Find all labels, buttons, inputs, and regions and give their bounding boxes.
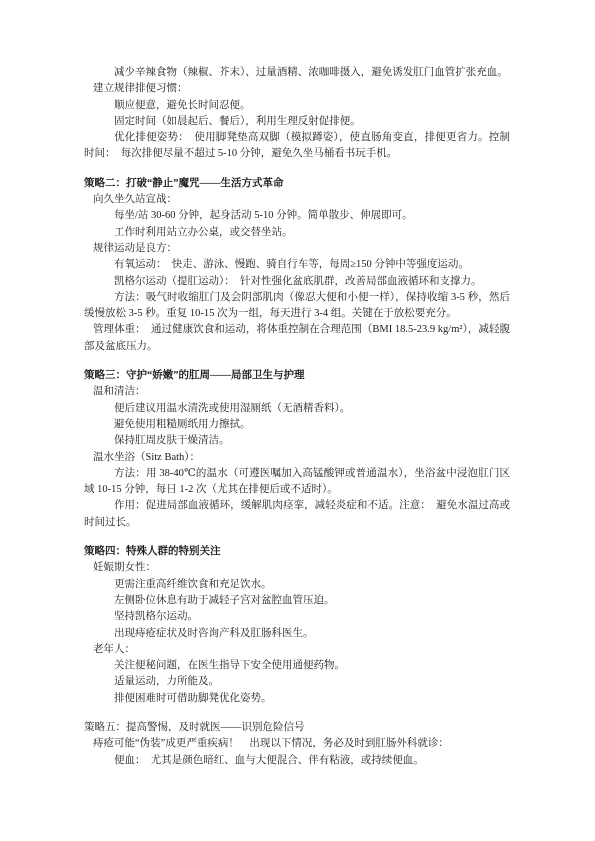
- paragraph: 排便困难时可借助脚凳优化姿势。: [84, 691, 510, 707]
- paragraph: 规律运动是良方：: [84, 241, 510, 257]
- paragraph: 避免使用粗糙厕纸用力擦拭。: [84, 417, 510, 433]
- paragraph: 固定时间（如晨起后、餐后），利用生理反射促排便。: [84, 114, 510, 130]
- strategy-section: 策略三：守护“娇嫩”的肛周——局部卫生与护理温和清洁：便后建议用温水清洗或使用湿…: [84, 368, 510, 531]
- paragraph: 更需注重高纤维饮食和充足饮水。: [84, 577, 510, 593]
- paragraph: 温水坐浴（Sitz Bath）：: [84, 450, 510, 466]
- paragraph: 方法：用 38-40℃的温水（可遵医嘱加入高锰酸钾或普通温水），坐浴盆中浸泡肛门…: [84, 466, 510, 499]
- strategy-section: 减少辛辣食物（辣椒、芥末）、过量酒精、浓咖啡摄入，避免诱发肛门血管扩张充血。建立…: [84, 65, 510, 163]
- document-page: 减少辛辣食物（辣椒、芥末）、过量酒精、浓咖啡摄入，避免诱发肛门血管扩张充血。建立…: [0, 0, 595, 841]
- paragraph: 出现痔疮症状及时咨询产科及肛肠科医生。: [84, 626, 510, 642]
- paragraph: 保持肛周皮肤干燥清洁。: [84, 433, 510, 449]
- paragraph: 每坐/站 30-60 分钟，起身活动 5-10 分钟。简单散步、伸展即可。: [84, 208, 510, 224]
- paragraph: 工作时利用站立办公桌，或交替坐站。: [84, 225, 510, 241]
- paragraph: 痔疮可能“伪装”成更严重疾病！ 出现以下情况，务必及时到肛肠外科就诊：: [84, 736, 510, 752]
- document-body: 减少辛辣食物（辣椒、芥末）、过量酒精、浓咖啡摄入，避免诱发肛门血管扩张充血。建立…: [0, 0, 595, 841]
- strategy-section: 策略二：打破“静止”魔咒——生活方式革命向久坐久站宣战：每坐/站 30-60 分…: [84, 176, 510, 355]
- paragraph: 关注便秘问题，在医生指导下安全使用通便药物。: [84, 658, 510, 674]
- paragraph: 适量运动，力所能及。: [84, 674, 510, 690]
- paragraph: 便血： 尤其是颜色暗红、血与大便混合、伴有粘液，或持续便血。: [84, 753, 510, 769]
- section-heading: 策略二：打破“静止”魔咒——生活方式革命: [84, 176, 510, 192]
- paragraph: 有氧运动： 快走、游泳、慢跑、骑自行车等，每周≥150 分钟中等强度运动。: [84, 257, 510, 273]
- paragraph: 老年人：: [84, 642, 510, 658]
- paragraph: 妊娠期女性：: [84, 560, 510, 576]
- paragraph: 作用：促进局部血液循环，缓解肌肉痉挛，减轻炎症和不适。注意： 避免水温过高或时间…: [84, 498, 510, 531]
- section-heading: 策略三：守护“娇嫩”的肛周——局部卫生与护理: [84, 368, 510, 384]
- paragraph: 管理体重： 通过健康饮食和运动，将体重控制在合理范围（BMI 18.5-23.9…: [84, 322, 510, 355]
- paragraph: 方法：吸气时收缩肛门及会阴部肌肉（像忍大便和小便一样），保持收缩 3-5 秒，然…: [84, 290, 510, 323]
- paragraph: 凯格尔运动（提肛运动）： 针对性强化盆底肌群，改善局部血液循环和支撑力。: [84, 274, 510, 290]
- paragraph: 左侧卧位休息有助于减轻子宫对盆腔血管压迫。: [84, 593, 510, 609]
- strategy-section: 策略四：特殊人群的特别关注妊娠期女性：更需注重高纤维饮食和充足饮水。左侧卧位休息…: [84, 544, 510, 707]
- paragraph: 向久坐久站宣战：: [84, 192, 510, 208]
- section-heading: 策略五：提高警惕，及时就医——识别危险信号: [84, 720, 510, 736]
- paragraph: 坚持凯格尔运动。: [84, 609, 510, 625]
- paragraph: 减少辛辣食物（辣椒、芥末）、过量酒精、浓咖啡摄入，避免诱发肛门血管扩张充血。: [84, 65, 510, 81]
- section-heading: 策略四：特殊人群的特别关注: [84, 544, 510, 560]
- paragraph: 优化排便姿势： 使用脚凳垫高双脚（模拟蹲姿），使直肠角变直，排便更省力。控制时间…: [84, 130, 510, 163]
- strategy-section: 策略五：提高警惕，及时就医——识别危险信号痔疮可能“伪装”成更严重疾病！ 出现以…: [84, 720, 510, 769]
- paragraph: 便后建议用温水清洗或使用湿厕纸（无酒精香料）。: [84, 401, 510, 417]
- paragraph: 温和清洁：: [84, 384, 510, 400]
- paragraph: 顺应便意，避免长时间忍便。: [84, 98, 510, 114]
- paragraph: 建立规律排便习惯：: [84, 81, 510, 97]
